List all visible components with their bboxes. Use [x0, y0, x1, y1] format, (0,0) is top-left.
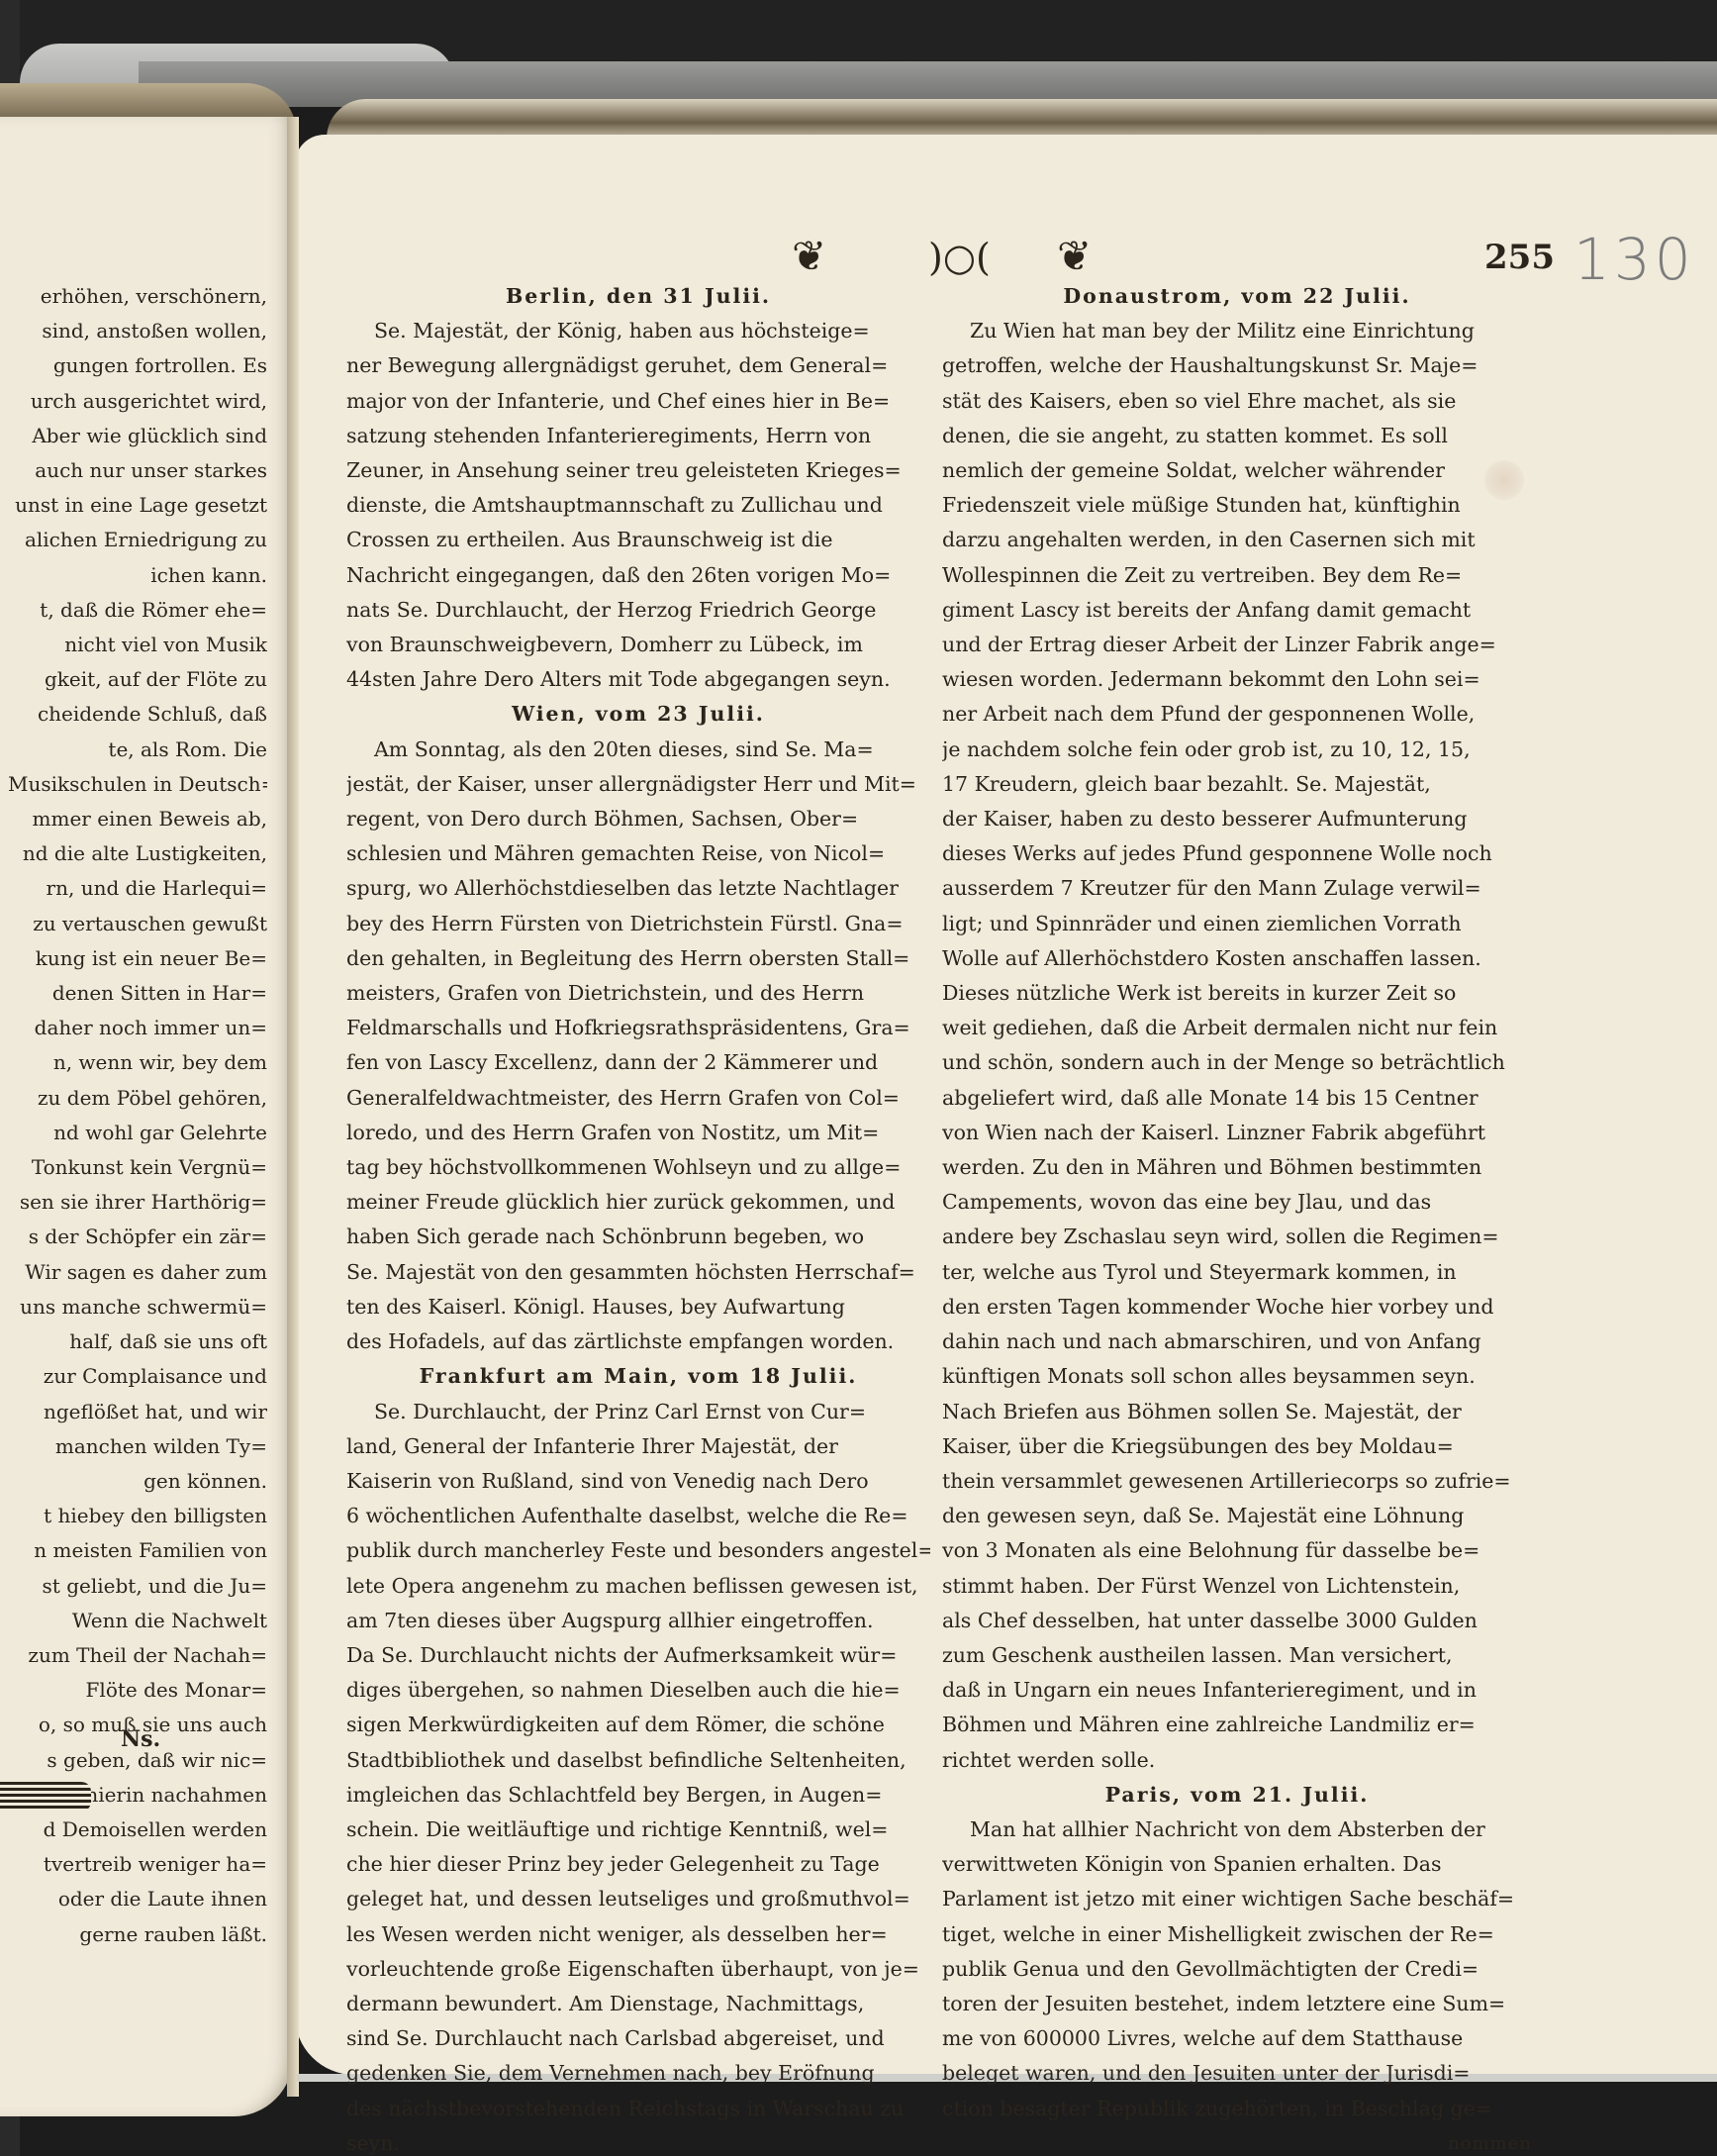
text-line: dermann bewundert. Am Dienstage, Nachmit…	[346, 1987, 930, 2021]
text-line: alichen Erniedrigung zu	[8, 523, 267, 557]
text-line: denen, die sie angeht, zu statten kommet…	[942, 419, 1532, 453]
text-line: Wollespinnen die Zeit zu vertreiben. Bey…	[942, 558, 1532, 593]
text-line: bey des Herrn Fürsten von Dietrichstein …	[346, 907, 930, 941]
text-line: 44sten Jahre Dero Alters mit Tode abgega…	[346, 662, 930, 697]
text-line: dahin nach und nach abmarschiren, und vo…	[942, 1324, 1532, 1359]
text-line: t hiebey den billigsten	[8, 1499, 267, 1533]
text-line: Aber wie glücklich sind	[8, 419, 267, 453]
text-line: zum Geschenk austheilen lassen. Man vers…	[942, 1638, 1532, 1673]
text-line: daher noch immer un=	[8, 1011, 267, 1045]
text-line: dieses Werks auf jedes Pfund gesponnene …	[942, 836, 1532, 871]
text-line: des Hofadels, auf das zärtlichste empfan…	[346, 1324, 930, 1359]
text-line: Wolle auf Allerhöchstdero Kosten anschaf…	[942, 941, 1532, 976]
text-line: Flöte des Monar=	[8, 1673, 267, 1708]
crescent-ornament-icon: )○(	[928, 236, 991, 279]
text-line: zur Complaisance und	[8, 1359, 267, 1394]
text-line: tiget, welche in einer Mishelligkeit zwi…	[942, 1917, 1532, 1952]
text-line: oder die Laute ihnen	[8, 1882, 267, 1916]
text-line: zu vertauschen gewußt	[8, 907, 267, 941]
book-gutter	[287, 117, 299, 2097]
text-line: me von 600000 Livres, welche auf dem Sta…	[942, 2021, 1532, 2056]
text-line: Dieses nützliche Werk ist bereits in kur…	[942, 976, 1532, 1011]
article-dateline: Frankfurt am Main, vom 18 Julii.	[346, 1359, 930, 1394]
archive-stamp-number: 130	[1574, 226, 1695, 293]
text-line: unst in eine Lage gesetzt	[8, 488, 267, 523]
text-line: Se. Majestät von den gesammten höchsten …	[346, 1255, 930, 1290]
text-line: cheidende Schluß, daß	[8, 697, 267, 732]
text-line: sind, anstoßen wollen,	[8, 314, 267, 348]
text-line: manchen wilden Ty=	[8, 1429, 267, 1464]
text-line: von Braunschweigbevern, Domherr zu Lübec…	[346, 628, 930, 662]
catchword: nommen	[942, 2126, 1532, 2156]
page-number: 255	[1484, 238, 1555, 277]
text-line: st geliebt, und die Ju=	[8, 1569, 267, 1604]
text-line: tvertreib weniger ha=	[8, 1847, 267, 1882]
text-line: major von der Infanterie, und Chef eines…	[346, 384, 930, 419]
text-line: vorleuchtende große Eigenschaften überha…	[346, 1952, 930, 1987]
text-line: Kaiserin von Rußland, sind von Venedig n…	[346, 1464, 930, 1499]
text-line: land, General der Infanterie Ihrer Majes…	[346, 1429, 930, 1464]
text-line: werden. Zu den in Mähren und Böhmen best…	[942, 1150, 1532, 1185]
text-line: gerne rauben läßt.	[8, 1917, 267, 1952]
text-line: Se. Durchlaucht, der Prinz Carl Ernst vo…	[346, 1395, 930, 1429]
text-line: tag bey höchstvollkommenen Wohlseyn und …	[346, 1150, 930, 1185]
text-line: 17 Kreudern, gleich baar bezahlt. Se. Ma…	[942, 767, 1532, 802]
text-line: abgeliefert wird, daß alle Monate 14 bis…	[942, 1081, 1532, 1116]
text-line: darzu angehalten werden, in den Casernen…	[942, 523, 1532, 557]
text-line: spurg, wo Allerhöchstdieselben das letzt…	[346, 871, 930, 906]
middle-column: Berlin, den 31 Julii.Se. Majestät, der K…	[346, 279, 930, 2156]
text-line: meisters, Grafen von Dietrichstein, und …	[346, 976, 930, 1011]
text-line: getroffen, welche der Haushaltungskunst …	[942, 348, 1532, 383]
text-line: als Chef desselben, hat unter dasselbe 3…	[942, 1604, 1532, 1638]
text-line: les Wesen werden nicht weniger, als dess…	[346, 1917, 930, 1952]
text-line: zu dem Pöbel gehören,	[8, 1081, 267, 1116]
text-line: Am Sonntag, als den 20ten dieses, sind S…	[346, 733, 930, 767]
text-line: schein. Die weitläuftige und richtige Ke…	[346, 1813, 930, 1847]
article-dateline: Wien, vom 23 Julii.	[346, 697, 930, 732]
text-line: nd wohl gar Gelehrte	[8, 1116, 267, 1150]
text-line: Generalfeldwachtmeister, des Herrn Grafe…	[346, 1081, 930, 1116]
text-line: lete Opera angenehm zu machen beflissen …	[346, 1569, 930, 1604]
text-line: n meisten Familien von	[8, 1533, 267, 1568]
text-line: Stadtbibliothek und daselbst befindliche…	[346, 1743, 930, 1778]
text-line: den ersten Tagen kommender Woche hier vo…	[942, 1290, 1532, 1324]
text-line: beleget waren, und den Jesuiten unter de…	[942, 2056, 1532, 2091]
text-line: schlesien und Mähren gemachten Reise, vo…	[346, 836, 930, 871]
text-line: sigen Merkwürdigkeiten auf dem Römer, di…	[346, 1708, 930, 1742]
text-line: stät des Kaisers, eben so viel Ehre mach…	[942, 384, 1532, 419]
right-column: Donaustrom, vom 22 Julii.Zu Wien hat man…	[942, 279, 1532, 2156]
text-line: weit gediehen, daß die Arbeit dermalen n…	[942, 1011, 1532, 1045]
article-dateline: Berlin, den 31 Julii.	[346, 279, 930, 314]
text-line: ligt; und Spinnräder und einen ziemliche…	[942, 907, 1532, 941]
text-line: zum Theil der Nachah=	[8, 1638, 267, 1673]
text-line: am 7ten dieses über Augspurg allhier ein…	[346, 1604, 930, 1638]
right-page-top-edge	[327, 99, 1717, 139]
text-line: che hier dieser Prinz bey jeder Gelegenh…	[346, 1847, 930, 1882]
text-line: Zu Wien hat man bey der Militz eine Einr…	[942, 314, 1532, 348]
text-line: nd die alte Lustigkeiten,	[8, 836, 267, 871]
text-line: daß in Ungarn ein neues Infanterieregime…	[942, 1673, 1532, 1708]
text-line: mmer einen Beweis ab,	[8, 802, 267, 836]
text-line: imgleichen das Schlachtfeld bey Bergen, …	[346, 1778, 930, 1813]
text-line: auch nur unser starkes	[8, 453, 267, 488]
text-line: Kaiser, über die Kriegsübungen des bey M…	[942, 1429, 1532, 1464]
text-line: verwittweten Königin von Spanien erhalte…	[942, 1847, 1532, 1882]
text-line: toren der Jesuiten bestehet, indem letzt…	[942, 1987, 1532, 2021]
text-line: diges übergehen, so nahmen Dieselben auc…	[346, 1673, 930, 1708]
text-line: Wenn die Nachwelt	[8, 1604, 267, 1638]
text-line: nicht viel von Musik	[8, 628, 267, 662]
text-line: ngeflößet hat, und wir	[8, 1395, 267, 1429]
left-page-column: erhöhen, verschönern,sind, anstoßen woll…	[8, 279, 267, 1952]
text-line: von Wien nach der Kaiserl. Linzner Fabri…	[942, 1116, 1532, 1150]
text-line: ner Bewegung allergnädigst geruhet, dem …	[346, 348, 930, 383]
text-line: gedenken Sie, dem Vernehmen nach, bey Er…	[346, 2056, 930, 2091]
text-line: gungen fortrollen. Es	[8, 348, 267, 383]
text-line: den gehalten, in Begleitung des Herrn ob…	[346, 941, 930, 976]
text-line: thein versammlet gewesenen Artilleriecor…	[942, 1464, 1532, 1499]
text-line: künftigen Monats soll schon alles beysam…	[942, 1359, 1532, 1394]
text-line: der Kaiser, haben zu desto besserer Aufm…	[942, 802, 1532, 836]
text-line: Se. Majestät, der König, haben aus höchs…	[346, 314, 930, 348]
text-line: ner Arbeit nach dem Pfund der gesponnene…	[942, 697, 1532, 732]
text-line: t, daß die Römer ehe=	[8, 593, 267, 628]
text-line: seyn.	[346, 2126, 930, 2156]
text-line: Campements, wovon das eine bey Jlau, und…	[942, 1185, 1532, 1220]
text-line: andere bey Zschaslau seyn wird, sollen d…	[942, 1220, 1532, 1254]
text-line: Feldmarschalls und Hofkriegsrathspräside…	[346, 1011, 930, 1045]
text-line: haben Sich gerade nach Schönbrunn begebe…	[346, 1220, 930, 1254]
text-line: nats Se. Durchlaucht, der Herzog Friedri…	[346, 593, 930, 628]
text-line: des nächstbevorstehenden Reichstags in W…	[346, 2092, 930, 2126]
text-line: ausserdem 7 Kreutzer für den Mann Zulage…	[942, 871, 1532, 906]
text-line: uns manche schwermü=	[8, 1290, 267, 1324]
text-line: Nachricht eingegangen, daß den 26ten vor…	[346, 558, 930, 593]
text-line: d Demoisellen werden	[8, 1813, 267, 1847]
left-catchword: Ns.	[121, 1726, 160, 1752]
text-line: n, wenn wir, bey dem	[8, 1045, 267, 1080]
text-line: ten des Kaiserl. Königl. Hauses, bey Auf…	[346, 1290, 930, 1324]
text-line: gkeit, auf der Flöte zu	[8, 662, 267, 697]
text-line: Böhmen und Mähren eine zahlreiche Landmi…	[942, 1708, 1532, 1742]
text-line: Musikschulen in Deutsch=	[8, 767, 267, 802]
text-line: publik Genua und den Gevollmächtigten de…	[942, 1952, 1532, 1987]
text-line: half, daß sie uns oft	[8, 1324, 267, 1359]
text-line: je nachdem solche fein oder grob ist, zu…	[942, 733, 1532, 767]
article-dateline: Paris, vom 21. Julii.	[942, 1778, 1532, 1813]
text-line: ichen kann.	[8, 558, 267, 593]
text-line: und schön, sondern auch in der Menge so …	[942, 1045, 1532, 1080]
text-line: und der Ertrag dieser Arbeit der Linzer …	[942, 628, 1532, 662]
text-line: Nach Briefen aus Böhmen sollen Se. Majes…	[942, 1395, 1532, 1429]
text-line: stimmt haben. Der Fürst Wenzel von Licht…	[942, 1569, 1532, 1604]
text-line: fen von Lascy Excellenz, dann der 2 Kämm…	[346, 1045, 930, 1080]
text-line: sen sie ihrer Harthörig=	[8, 1185, 267, 1220]
text-line: jestät, der Kaiser, unser allergnädigste…	[346, 767, 930, 802]
text-line: geleget hat, und dessen leutseliges und …	[346, 1882, 930, 1916]
text-line: urch ausgerichtet wird,	[8, 384, 267, 419]
text-line: sind Se. Durchlaucht nach Carlsbad abger…	[346, 2021, 930, 2056]
text-line: satzung stehenden Infanterieregiments, H…	[346, 419, 930, 453]
text-line: erhöhen, verschönern,	[8, 279, 267, 314]
decorative-rule	[0, 1782, 91, 1812]
text-line: gen können.	[8, 1464, 267, 1499]
text-line: giment Lascy ist bereits der Anfang dami…	[942, 593, 1532, 628]
text-line: dienste, die Amtshauptmannschaft zu Zull…	[346, 488, 930, 523]
text-line: rn, und die Harlequi=	[8, 871, 267, 906]
text-line: te, als Rom. Die	[8, 733, 267, 767]
text-line: Da Se. Durchlaucht nichts der Aufmerksam…	[346, 1638, 930, 1673]
text-line: loredo, und des Herrn Grafen von Nostitz…	[346, 1116, 930, 1150]
text-line: 6 wöchentlichen Aufenthalte daselbst, we…	[346, 1499, 930, 1533]
text-line: richtet werden solle.	[942, 1743, 1532, 1778]
text-line: von 3 Monaten als eine Belohnung für das…	[942, 1533, 1532, 1568]
text-line: publik durch mancherley Feste und besond…	[346, 1533, 930, 1568]
shell-ornament-icon: ❦	[792, 232, 826, 280]
text-line: wiesen worden. Jedermann bekommt den Loh…	[942, 662, 1532, 697]
text-line: regent, von Dero durch Böhmen, Sachsen, …	[346, 802, 930, 836]
text-line: den gewesen seyn, daß Se. Majestät eine …	[942, 1499, 1532, 1533]
text-line: denen Sitten in Har=	[8, 976, 267, 1011]
text-line: Crossen zu ertheilen. Aus Braunschweig i…	[346, 523, 930, 557]
shell-ornament-icon: ❦	[1057, 232, 1092, 280]
text-line: Zeuner, in Ansehung seiner treu geleiste…	[346, 453, 930, 488]
text-line: Friedenszeit viele müßige Stunden hat, k…	[942, 488, 1532, 523]
text-line: ter, welche aus Tyrol und Steyermark kom…	[942, 1255, 1532, 1290]
text-line: nemlich der gemeine Soldat, welcher währ…	[942, 453, 1532, 488]
text-line: meiner Freude glücklich hier zurück geko…	[346, 1185, 930, 1220]
text-line: s der Schöpfer ein zär=	[8, 1220, 267, 1254]
text-line: Parlament ist jetzo mit einer wichtigen …	[942, 1882, 1532, 1916]
article-dateline: Donaustrom, vom 22 Julii.	[942, 279, 1532, 314]
text-line: kung ist ein neuer Be=	[8, 941, 267, 976]
text-line: ction besagter Republik zugehörten, in B…	[942, 2092, 1532, 2126]
text-line: Tonkunst kein Vergnü=	[8, 1150, 267, 1185]
text-line: Wir sagen es daher zum	[8, 1255, 267, 1290]
text-line: Man hat allhier Nachricht von dem Abster…	[942, 1813, 1532, 1847]
